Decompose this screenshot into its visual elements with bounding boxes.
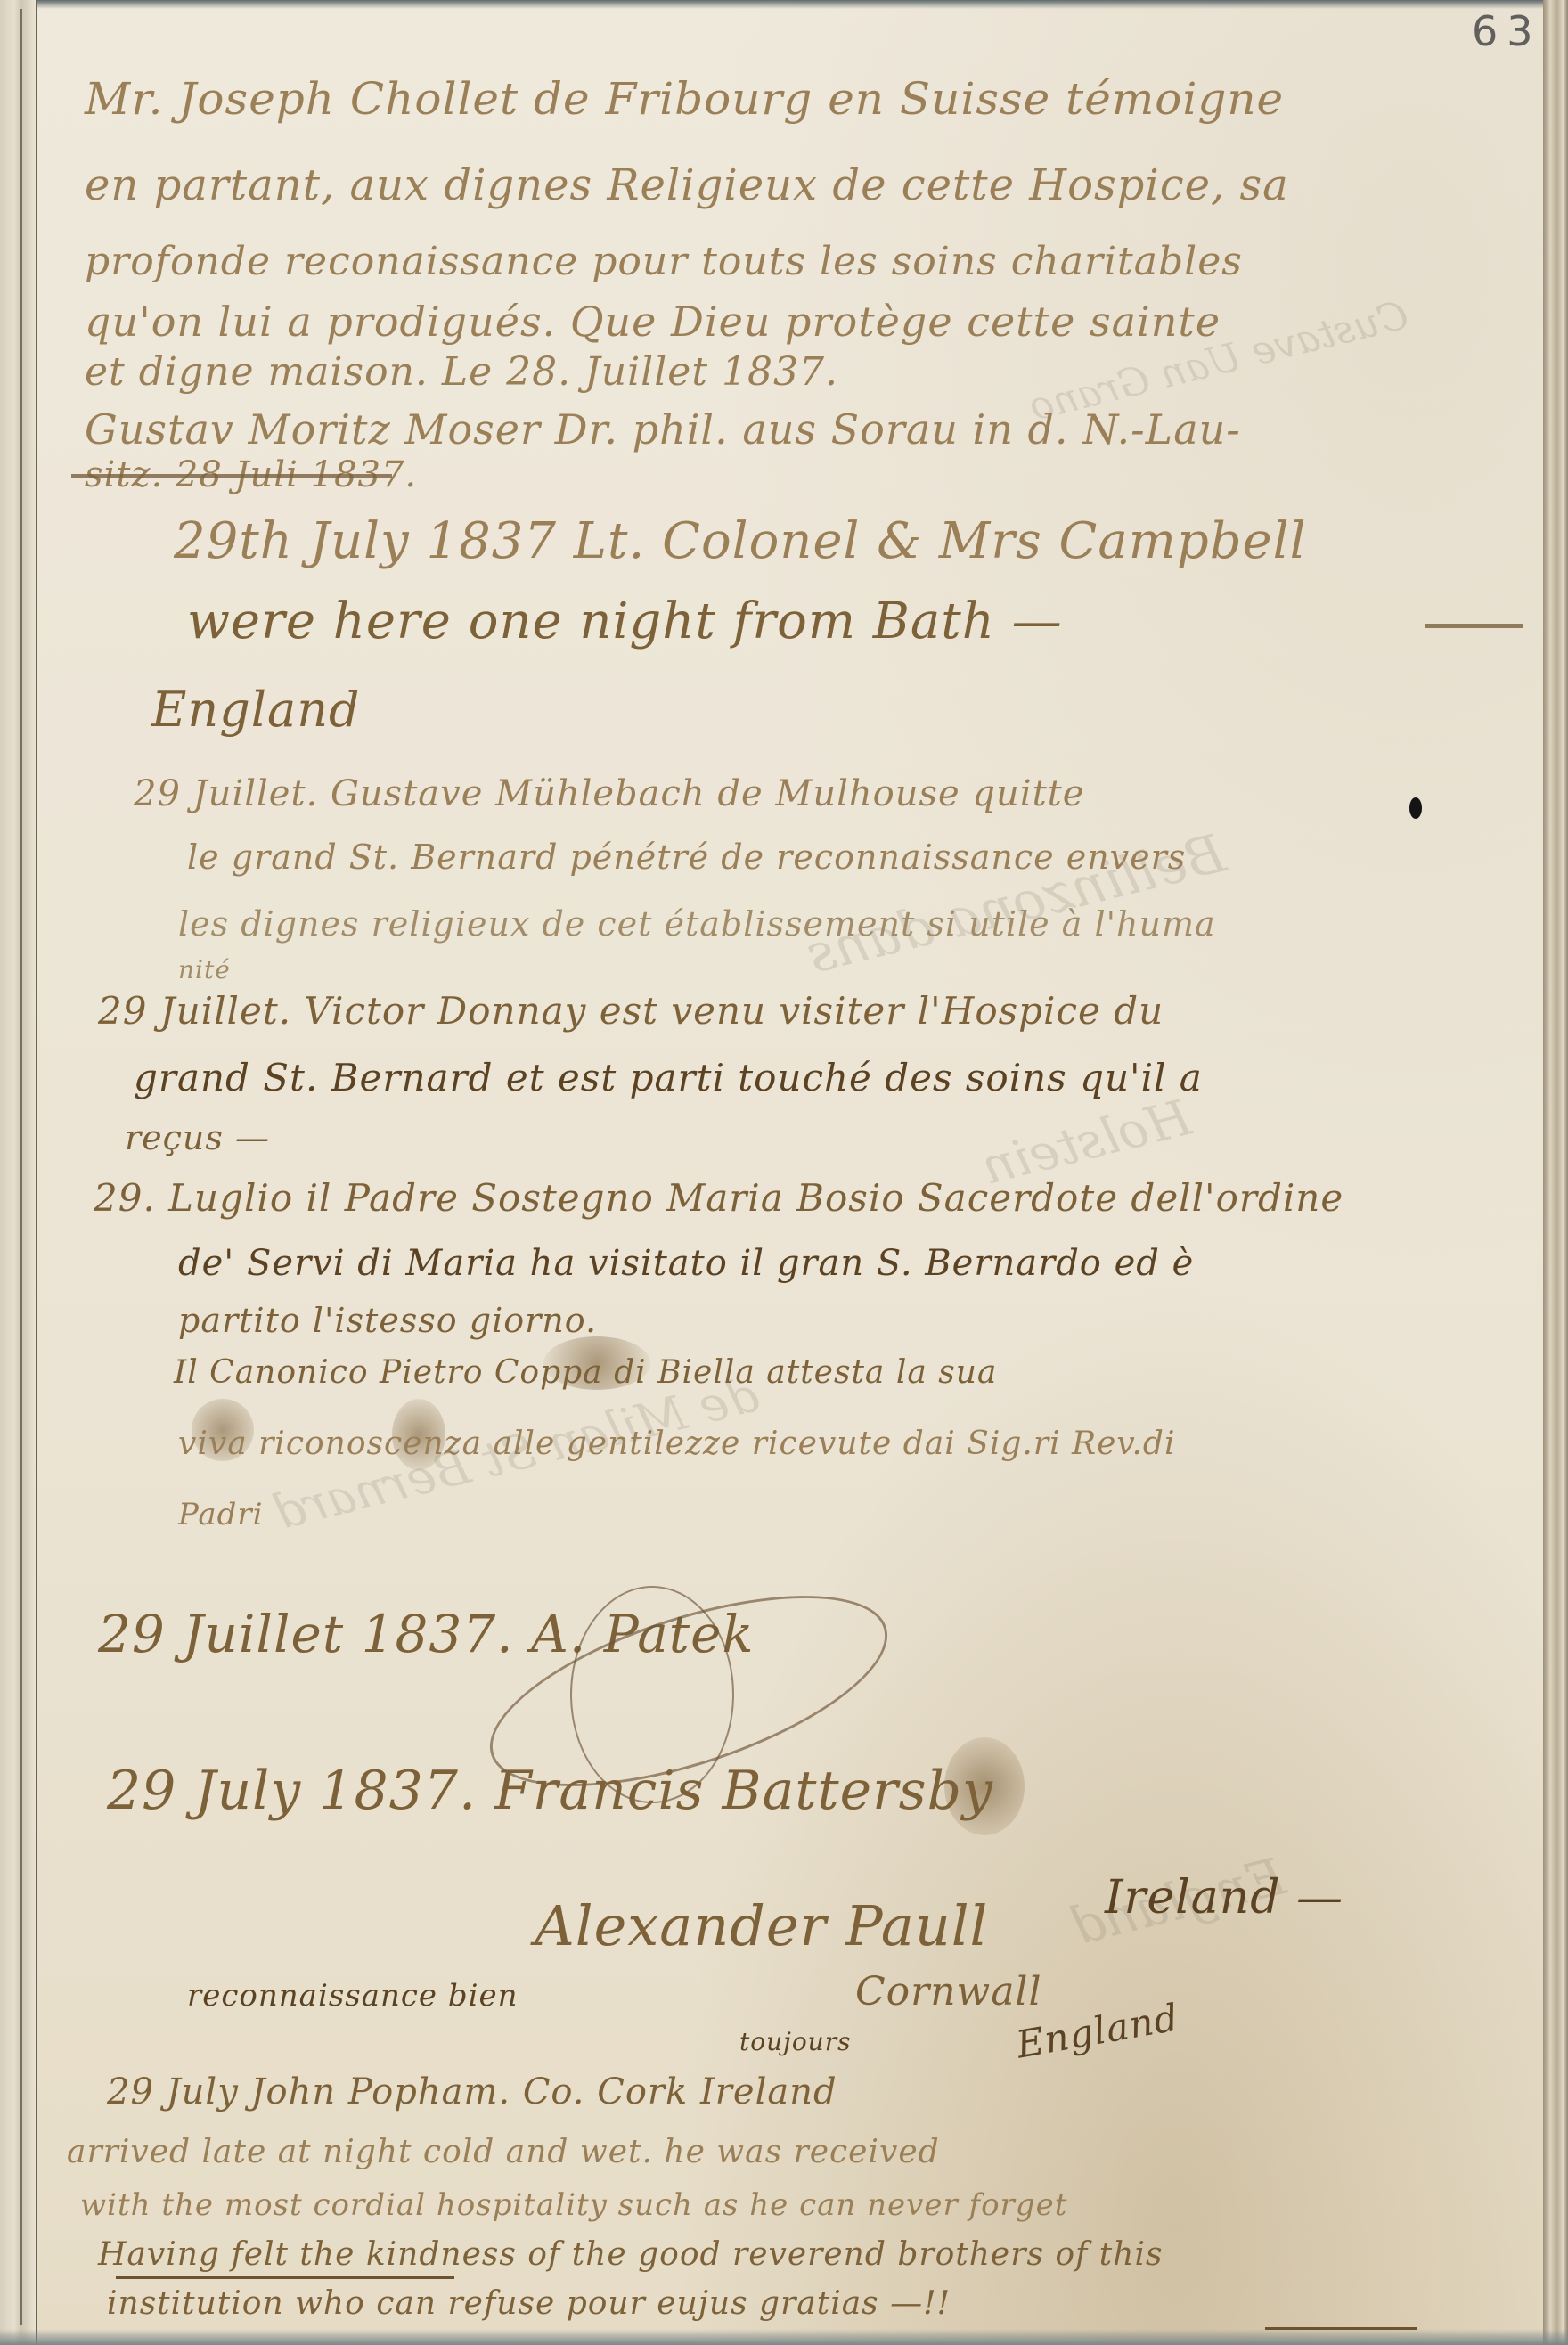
entry-paull-line-2: reconnaissance bien	[187, 1978, 519, 2014]
entry-chollet-line-1: Mr. Joseph Chollet de Fribourg en Suisse…	[85, 73, 1284, 125]
entry-bosio-line-2: de' Servi di Maria ha visitato il gran S…	[178, 1243, 1194, 1284]
entry-bosio-line-3: partito l'istesso giorno.	[178, 1301, 597, 1340]
entry-donnay-line-2: grand St. Bernard et est parti touché de…	[134, 1056, 1203, 1099]
ink-dot	[1409, 797, 1422, 819]
entry-popham-line-1: 29 July John Popham. Co. Cork Ireland	[107, 2071, 837, 2112]
underline	[1265, 2327, 1417, 2330]
entry-moser-line-1: Gustav Moritz Moser Dr. phil. aus Sorau …	[85, 405, 1241, 453]
entry-chollet-line-2: en partant, aux dignes Religieux de cett…	[85, 160, 1289, 210]
underline	[116, 2276, 454, 2279]
entry-donnay-line-1: 29 Juillet. Victor Donnay est venu visit…	[98, 989, 1164, 1033]
entry-campbell-line-1: 29th July 1837 Lt. Colonel & Mrs Campbel…	[174, 512, 1307, 570]
strikethrough	[71, 474, 392, 478]
entry-paull-line-3: Cornwall	[855, 1969, 1042, 2014]
entry-muhlebach-line-2: le grand St. Bernard pénétré de reconnai…	[187, 837, 1186, 877]
entry-chollet-line-5: et digne maison. Le 28. Juillet 1837.	[85, 349, 838, 395]
binding-line	[20, 9, 22, 2325]
entry-popham-line-2: arrived late at night cold and wet. he w…	[67, 2134, 940, 2170]
entry-paull-line-4: toujours	[739, 2027, 851, 2056]
entry-muhlebach-line-4: nité	[178, 955, 231, 985]
entry-popham-line-3: with the most cordial hospitality such a…	[80, 2187, 1067, 2223]
entry-canonico-line-2: viva riconoscenza alle gentilezze ricevu…	[178, 1426, 1175, 1462]
binding-gutter	[0, 0, 37, 2345]
entry-bosio-line-1: 29. Luglio il Padre Sostegno Maria Bosio…	[94, 1176, 1343, 1220]
closing-dash	[1425, 624, 1523, 628]
page-number: 63	[1472, 7, 1542, 55]
manuscript-page: Custave Uan Grano Bellinzona dans Holste…	[0, 0, 1568, 2345]
entry-battersby-line-1: 29 July 1837. Francis Battersby	[107, 1760, 993, 1822]
page-bottom-edge	[0, 2329, 1568, 2345]
entry-campbell-line-2: were here one night from Bath —	[187, 592, 1063, 650]
entry-muhlebach-line-1: 29 Juillet. Gustave Mühlebach de Mulhous…	[134, 773, 1084, 814]
page-top-edge	[0, 0, 1568, 9]
entry-donnay-line-3: reçus —	[125, 1118, 270, 1157]
entry-popham-line-5: institution who can refuse pour eujus gr…	[107, 2285, 951, 2322]
entry-popham-line-4: Having felt the kindness of the good rev…	[98, 2236, 1163, 2273]
entry-canonico-line-3: Padri	[178, 1497, 264, 1532]
entry-canonico-line-1: Il Canonico Pietro Coppa di Biella attes…	[174, 1354, 997, 1391]
entry-muhlebach-line-3: les dignes religieux de cet établissemen…	[178, 904, 1216, 944]
entry-chollet-line-3: profonde reconaissance pour touts les so…	[85, 239, 1243, 284]
page-right-edge	[1543, 0, 1568, 2345]
entry-chollet-line-4: qu'on lui a prodigués. Que Dieu protège …	[85, 298, 1221, 346]
entry-paull-name: Alexander Paull	[535, 1893, 988, 1958]
entry-campbell-line-3: England	[151, 682, 361, 738]
entry-battersby-line-2: Ireland —	[1105, 1871, 1343, 1924]
